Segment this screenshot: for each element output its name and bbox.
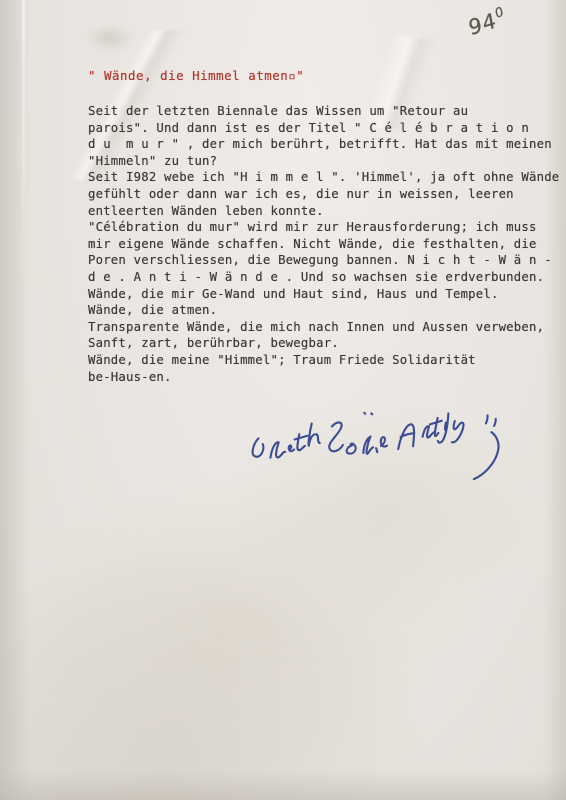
text-line: be-Haus-en.: [88, 369, 548, 386]
paper-edge-highlight: [22, 0, 25, 300]
text-line: "Himmeln" zu tun?: [88, 153, 548, 170]
text-line: Transparente Wände, die mich nach Innen …: [88, 319, 548, 336]
page-number-superscript: 0: [494, 5, 505, 22]
text-line: d e . A n t i - W ä n d e . Und so wachs…: [88, 269, 548, 286]
text-line: gefühlt oder dann war ich es, die nur in…: [88, 186, 548, 203]
text-line: d u m u r " , der mich berührt, betrifft…: [88, 136, 548, 153]
text-line: Poren verschliessen, die Bewegung bannen…: [88, 252, 548, 269]
text-line: Seit I982 webe ich "H i m m e l ". 'Himm…: [88, 169, 548, 186]
text-line: Seit der letzten Biennale das Wissen um …: [88, 103, 548, 120]
text-line: Wände, die meine "Himmel"; Traum Friede …: [88, 352, 548, 369]
text-line: Wände, die mir Ge-Wand und Haut sind, Ha…: [88, 286, 548, 303]
paper-page: 940 " Wände, die Himmel atmen▫" Seit der…: [0, 0, 566, 800]
text-line: entleerten Wänden leben konnte.: [88, 203, 548, 220]
document-body: Seit der letzten Biennale das Wissen um …: [88, 103, 548, 385]
text-line: "Célébration du mur" wird mir zur Heraus…: [88, 219, 548, 236]
text-line: parois". Und dann ist es der Titel " C é…: [88, 120, 548, 137]
handwritten-signature: [243, 389, 518, 503]
text-line: Wände, die atmen.: [88, 302, 548, 319]
document-title: " Wände, die Himmel atmen▫": [88, 68, 304, 83]
text-line: Sanft, zart, berührbar, bewegbar.: [88, 335, 548, 352]
page-number-annotation: 940: [466, 5, 506, 40]
page-number-main: 94: [467, 8, 499, 40]
paper-smudge: [86, 24, 134, 52]
text-line: mir eigene Wände schaffen. Nicht Wände, …: [88, 236, 548, 253]
